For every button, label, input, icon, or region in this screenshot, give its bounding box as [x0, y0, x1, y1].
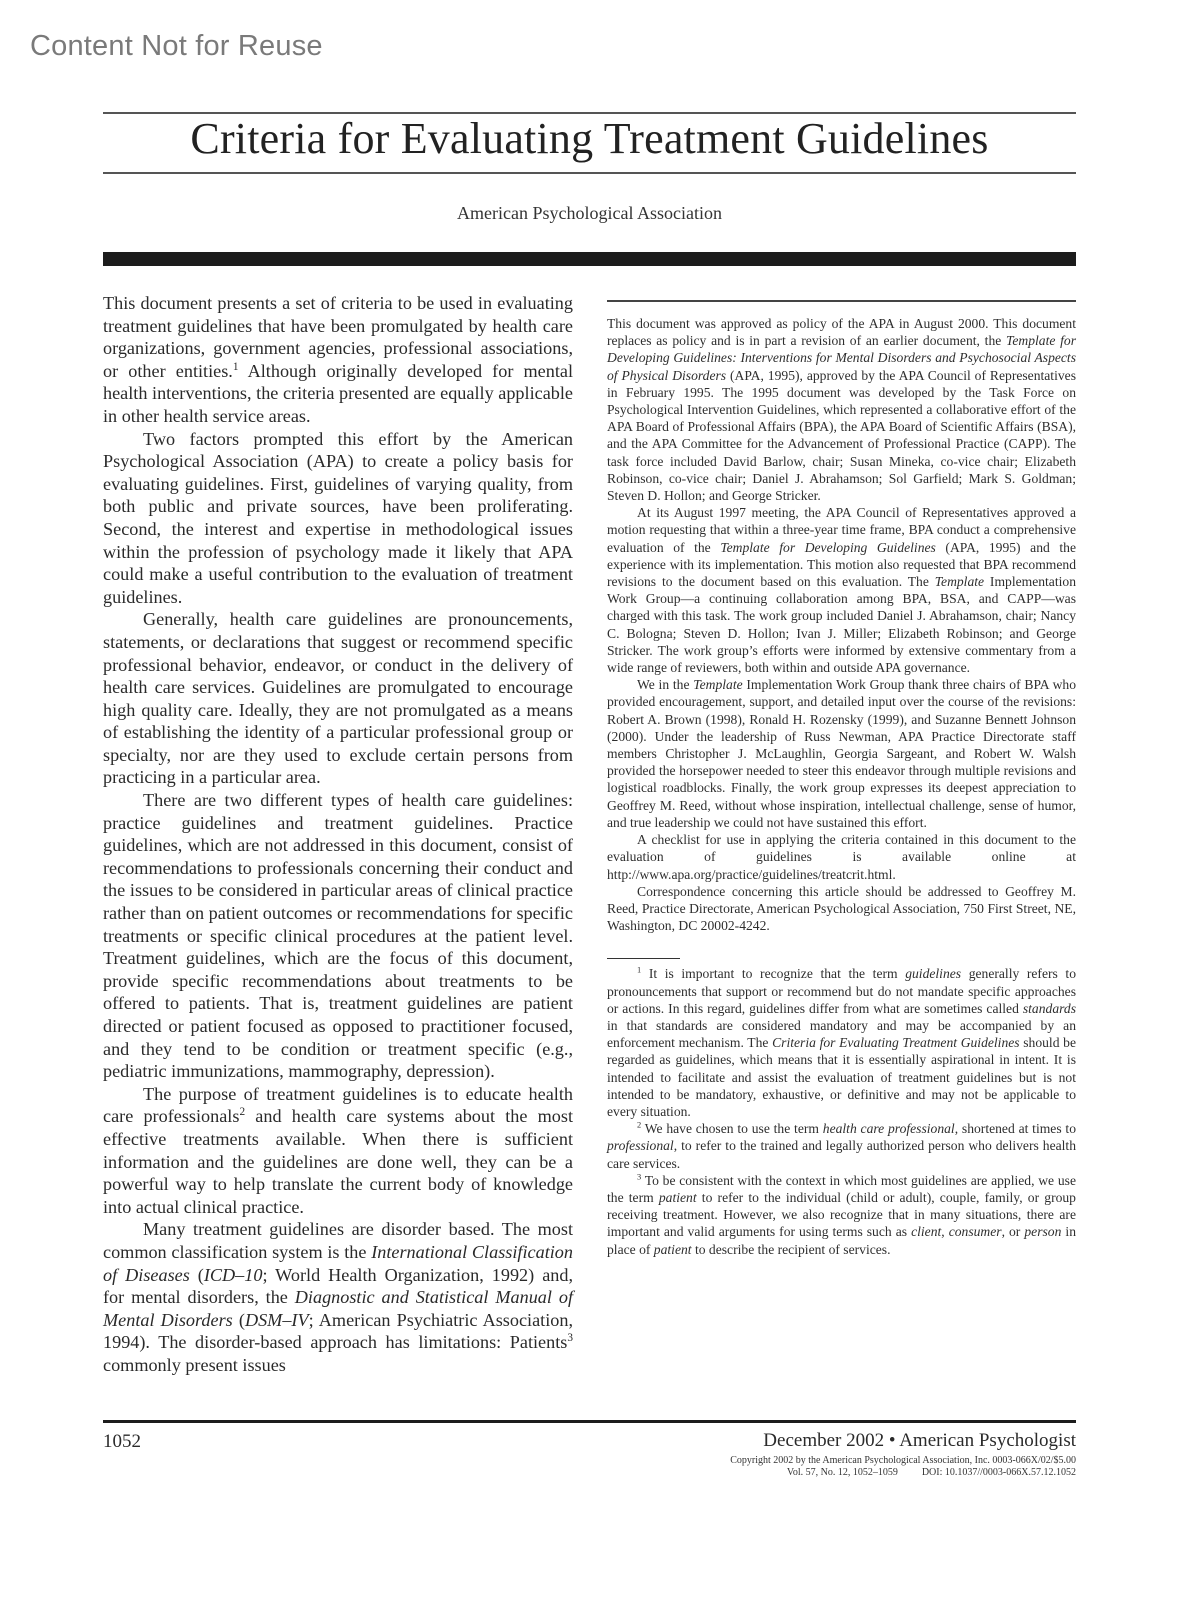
title-bottom-rule [103, 172, 1076, 174]
footnote-2: 2 We have chosen to use the term health … [607, 1120, 1076, 1172]
journal-issue: December 2002 • American Psychologist [763, 1430, 1076, 1452]
paragraph-intro: This document presents a set of criteria… [103, 292, 573, 428]
footer-rule [103, 1420, 1076, 1423]
author-note-correspondence: Correspondence concerning this article s… [607, 883, 1076, 935]
body-right-column: This document was approved as policy of … [607, 300, 1076, 1258]
volume-doi-line: Vol. 57, No. 12, 1052–1059DOI: 10.1037//… [556, 1467, 1076, 1479]
article-title: Criteria for Evaluating Treatment Guidel… [103, 114, 1076, 172]
author-note-checklist: A checklist for use in applying the crit… [607, 831, 1076, 883]
article-author: American Psychological Association [103, 203, 1076, 224]
volume-info: Vol. 57, No. 12, 1052–1059 [787, 1467, 898, 1478]
author-note-council: At its August 1997 meeting, the APA Coun… [607, 504, 1076, 676]
page-number: 1052 [103, 1431, 141, 1453]
copyright-line: Copyright 2002 by the American Psycholog… [556, 1455, 1076, 1467]
body-left-column: This document presents a set of criteria… [103, 292, 573, 1377]
paragraph-disorder-based: Many treatment guidelines are disorder b… [103, 1218, 573, 1376]
paragraph-two-factors: Two factors prompted this effort by the … [103, 428, 573, 609]
paragraph-purpose: The purpose of treatment guidelines is t… [103, 1083, 573, 1219]
doi: DOI: 10.1037//0003-066X.57.12.1052 [922, 1467, 1076, 1478]
author-note-approval: This document was approved as policy of … [607, 315, 1076, 504]
author-note-thanks: We in the Template Implementation Work G… [607, 676, 1076, 831]
footnote-1: 1 It is important to recognize that the … [607, 965, 1076, 1120]
copyright-block: Copyright 2002 by the American Psycholog… [556, 1455, 1076, 1478]
header-thick-rule [103, 252, 1076, 266]
footnote-3: 3 To be consistent with the context in w… [607, 1172, 1076, 1258]
footnote-ref-3: 3 [567, 1332, 573, 1344]
paragraph-generally: Generally, health care guidelines are pr… [103, 608, 573, 789]
footnote-rule [607, 958, 680, 959]
watermark: Content Not for Reuse [30, 30, 323, 63]
author-note-rule [607, 300, 1076, 302]
paragraph-two-types: There are two different types of health … [103, 789, 573, 1083]
